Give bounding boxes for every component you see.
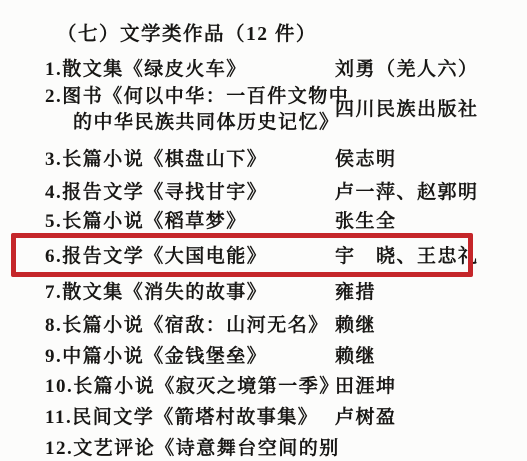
work-title: 5.长篇小说《稻草梦》 — [45, 209, 505, 235]
list-item: 10.长篇小说《寂灭之境第一季》 田涯坤 — [45, 374, 505, 400]
work-author: 刘勇（羌人六） — [335, 57, 479, 83]
list-item-highlighted: 6.报告文学《大国电能》 宇 晓、王忠礼 — [45, 244, 505, 270]
work-author: 赖继 — [335, 313, 376, 339]
work-author: 侯志明 — [335, 147, 397, 173]
work-title: 10.长篇小说《寂灭之境第一季》 — [45, 374, 505, 400]
work-author: 卢一萍、赵郭明 — [335, 180, 479, 206]
list-item: 4.报告文学《寻找甘宇》 卢一萍、赵郭明 — [45, 180, 505, 206]
list-item: 9.中篇小说《金钱堡垒》 赖继 — [45, 344, 505, 370]
work-title: 12.文艺评论《诗意舞台空间的别 — [45, 436, 505, 461]
work-author: 卢树盈 — [335, 405, 397, 431]
work-title: 8.长篇小说《宿敌：山河无名》 — [45, 313, 505, 339]
list-item: 12.文艺评论《诗意舞台空间的别 — [45, 436, 505, 461]
work-author: 雍措 — [335, 280, 376, 306]
work-title: 11.民间文学《箭塔村故事集》 — [45, 405, 505, 431]
list-item: 3.长篇小说《棋盘山下》 侯志明 — [45, 147, 505, 173]
list-item: 5.长篇小说《稻草梦》 张生全 — [45, 209, 505, 235]
list-item: 7.散文集《消失的故事》 雍措 — [45, 280, 505, 306]
work-author: 田涯坤 — [335, 374, 397, 400]
list-item: 1.散文集《绿皮火车》 刘勇（羌人六） — [45, 57, 505, 83]
document-page: （七）文学类作品（12 件） 1.散文集《绿皮火车》 刘勇（羌人六） 2.图书《… — [0, 0, 527, 461]
section-heading: （七）文学类作品（12 件） — [57, 22, 317, 48]
work-title: 7.散文集《消失的故事》 — [45, 280, 505, 306]
work-title: 9.中篇小说《金钱堡垒》 — [45, 344, 505, 370]
list-item: 11.民间文学《箭塔村故事集》 卢树盈 — [45, 405, 505, 431]
work-author: 四川民族出版社 — [335, 97, 479, 123]
list-item: 8.长篇小说《宿敌：山河无名》 赖继 — [45, 313, 505, 339]
work-author: 宇 晓、王忠礼 — [335, 244, 479, 270]
work-author: 张生全 — [335, 209, 397, 235]
work-author: 赖继 — [335, 344, 376, 370]
work-title: 3.长篇小说《棋盘山下》 — [45, 147, 505, 173]
list-item: 2.图书《何以中华：一百件文物中 的中华民族共同体历史记忆》 四川民族出版社 — [45, 84, 505, 136]
